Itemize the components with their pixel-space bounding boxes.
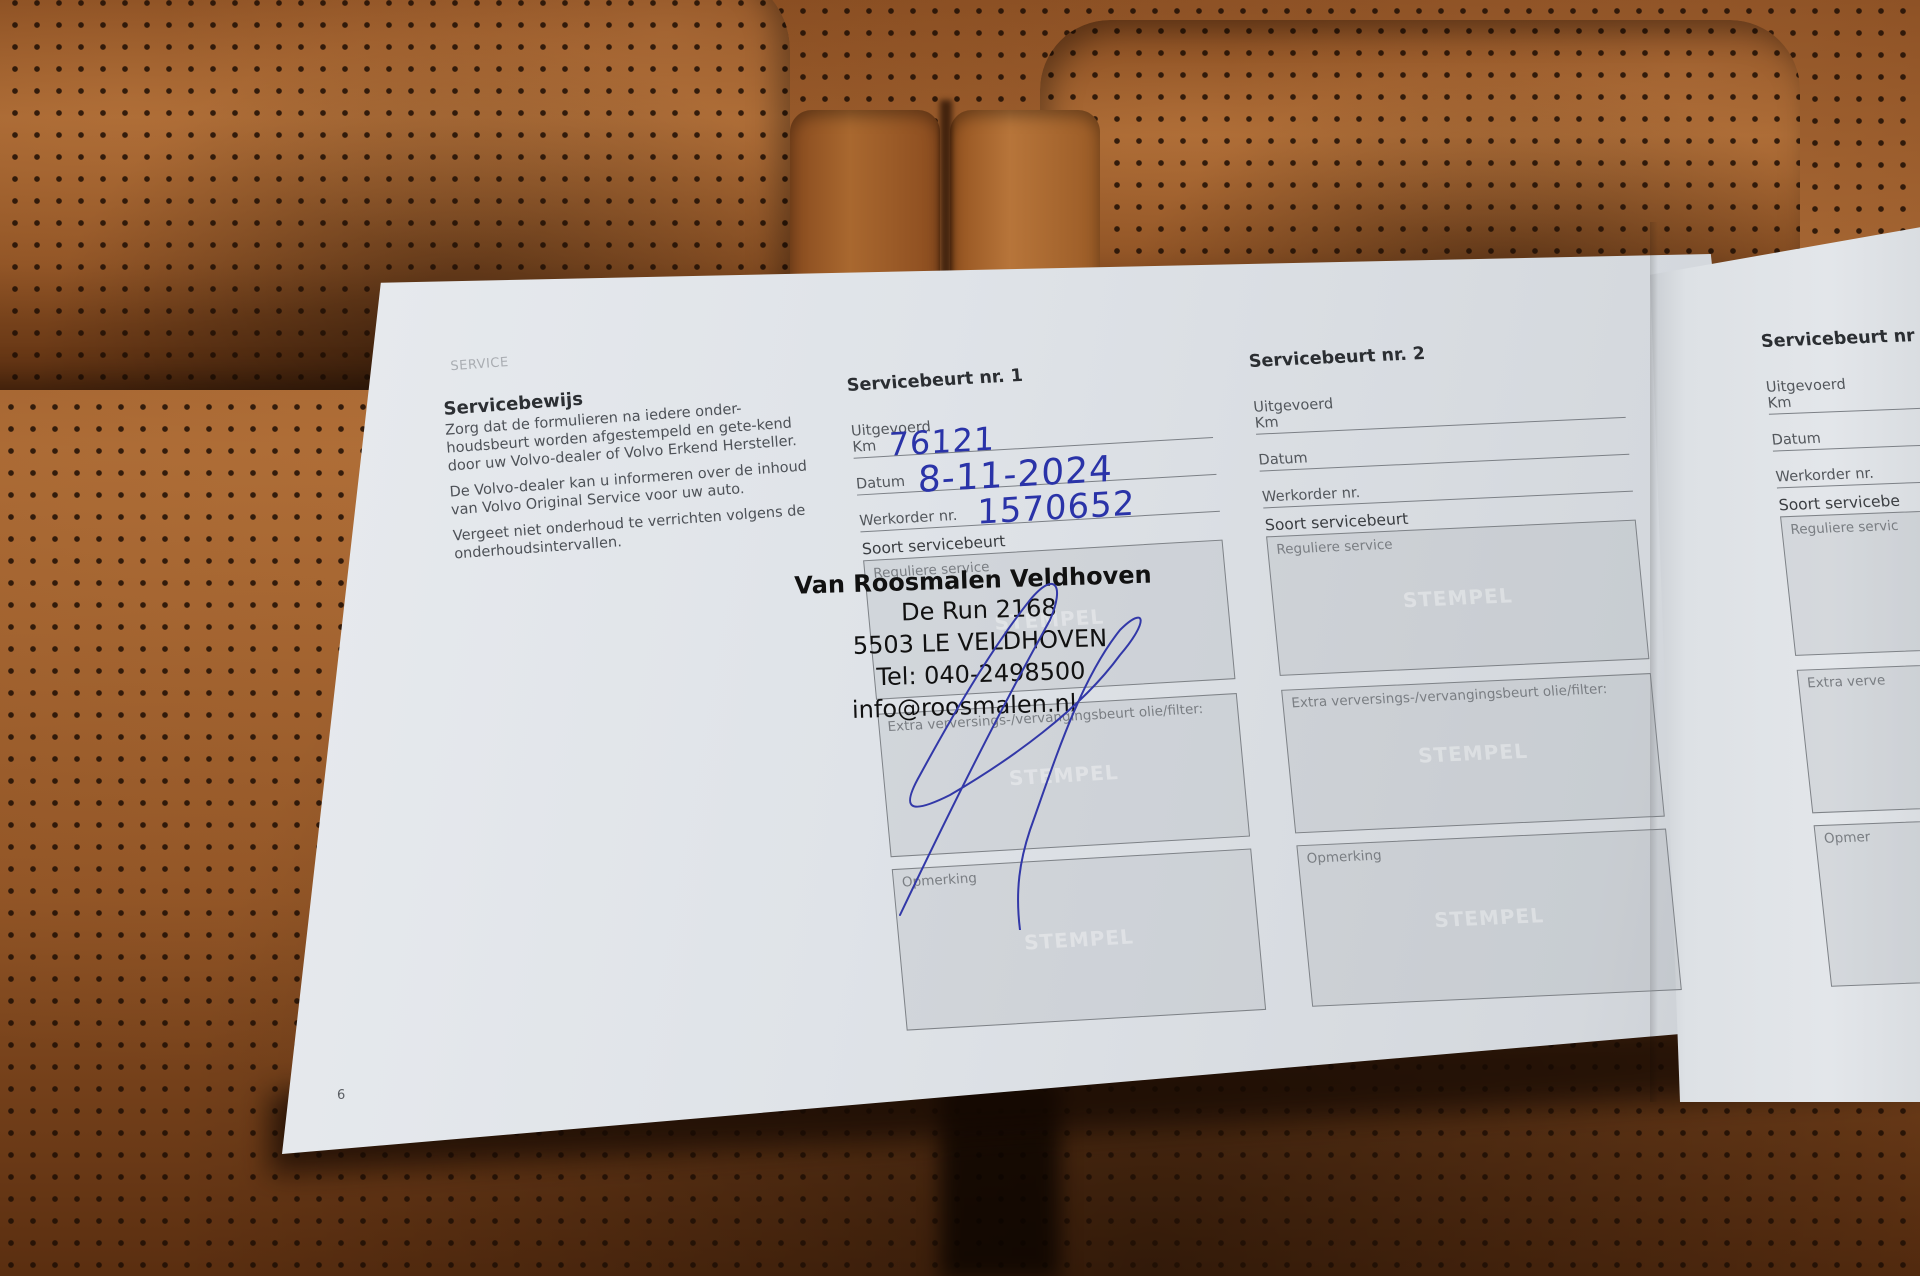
soort-label: Soort servicebe — [1778, 484, 1920, 514]
werkorder-label: Werkorder nr. — [1261, 485, 1360, 505]
opmerking-box[interactable]: Opmerking STEMPEL — [1296, 829, 1681, 1007]
uitgevoerd-label: Uitgevoerd — [1765, 377, 1846, 396]
signature-scribble — [880, 560, 1180, 930]
opmerking-box[interactable]: Opmer — [1814, 813, 1920, 987]
km-label: Km — [1767, 395, 1792, 412]
km-field[interactable]: Uitgevoerd Km — [1763, 352, 1920, 415]
extra-verversing-box[interactable]: Extra verversings-/vervangingsbeurt olie… — [1281, 673, 1665, 833]
box-label: Opmerking — [1306, 847, 1382, 866]
km-label: Km — [1254, 415, 1279, 432]
box-label: Reguliere servic — [1790, 518, 1900, 538]
werkorder-label: Werkorder nr. — [1775, 466, 1875, 486]
reguliere-service-box[interactable]: Reguliere servic — [1780, 504, 1920, 656]
box-label: Extra verve — [1806, 672, 1886, 691]
datum-label: Datum — [855, 474, 905, 493]
intro-section: SERVICE Servicebewijs Zorg dat de formul… — [440, 334, 815, 572]
reguliere-service-box[interactable]: Reguliere service STEMPEL — [1266, 520, 1649, 676]
datum-label: Datum — [1771, 431, 1822, 449]
datum-label: Datum — [1258, 450, 1309, 468]
box-label: Extra verversings-/vervangingsbeurt olie… — [1291, 681, 1608, 711]
service-booklet: SERVICE Servicebewijs Zorg dat de formul… — [0, 0, 1920, 1276]
werkorder-label: Werkorder nr. — [859, 508, 958, 530]
stempel-watermark: STEMPEL — [1273, 577, 1643, 618]
page-number: 6 — [337, 1088, 345, 1103]
stempel-watermark: STEMPEL — [1288, 733, 1658, 774]
km-label: Km — [852, 438, 877, 455]
uitgevoerd-label: Uitgevoerd — [1253, 396, 1334, 416]
stempel-watermark: STEMPEL — [1304, 897, 1674, 938]
extra-verversing-box[interactable]: Extra verve — [1797, 658, 1920, 814]
box-label: Reguliere service — [1276, 537, 1394, 558]
service-entry-2: Servicebeurt nr. 2 Uitgevoerd Km Datum W… — [1248, 335, 1683, 1017]
box-label: Opmer — [1823, 829, 1871, 847]
